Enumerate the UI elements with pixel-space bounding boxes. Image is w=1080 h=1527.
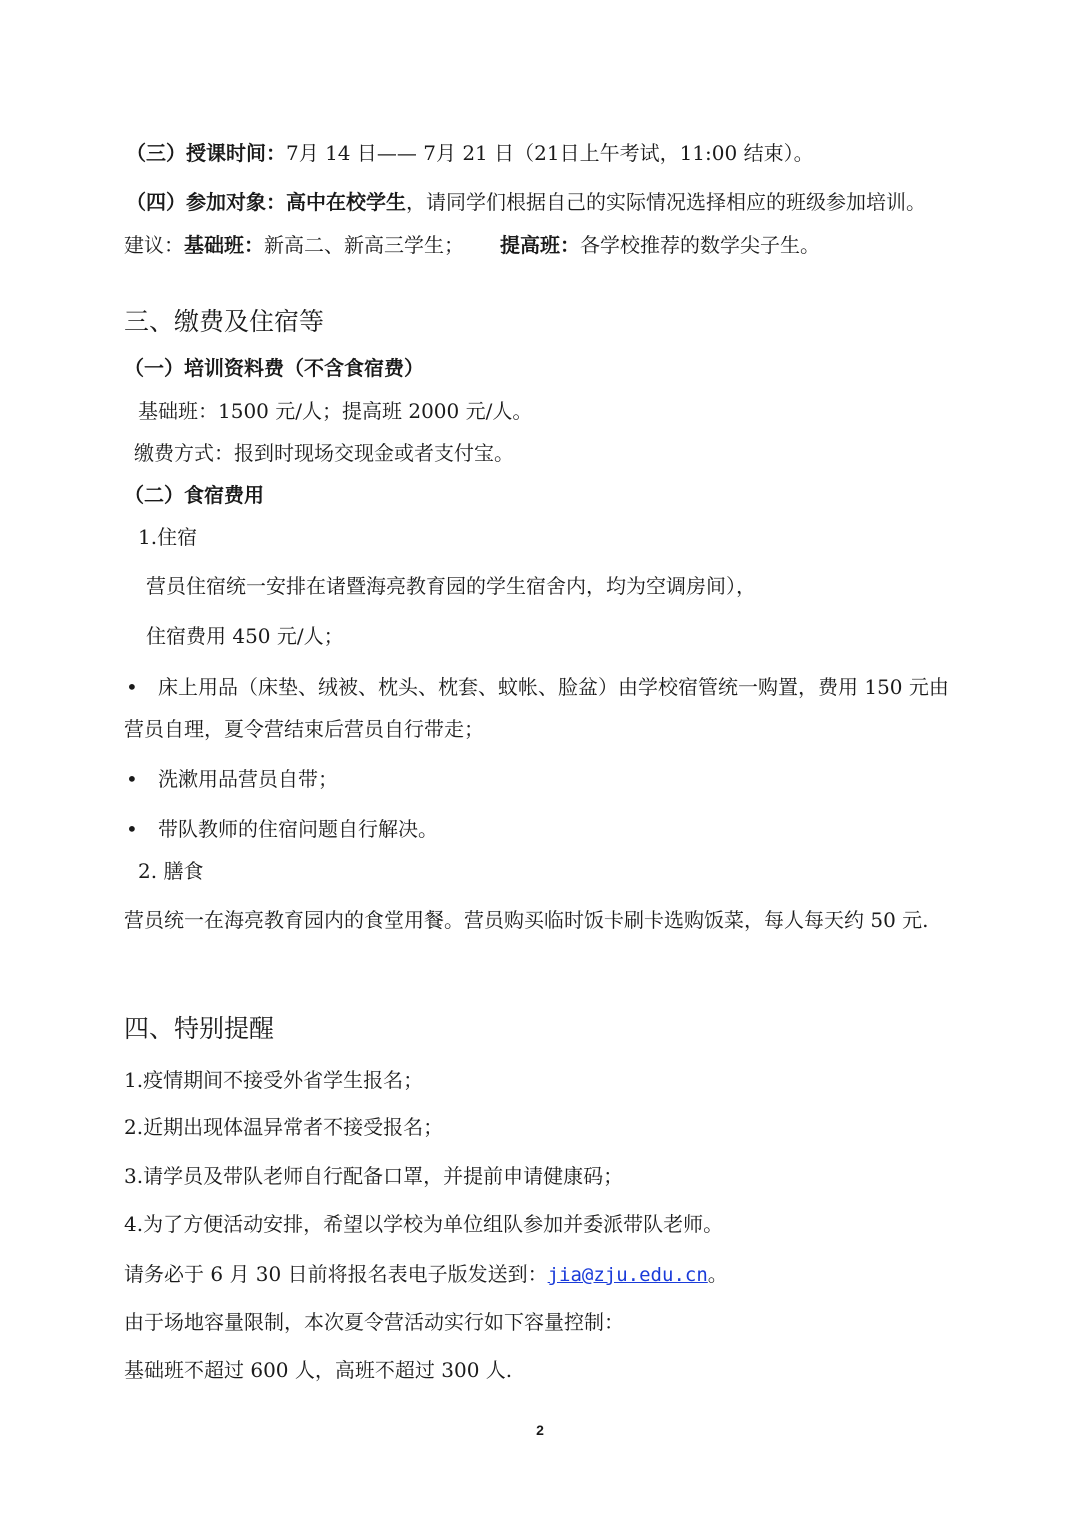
meals-heading: 2. 膳食 [138,857,203,885]
bullet-item: •带队教师的住宿问题自行解决。 [126,815,438,843]
lodging-text: 营员住宿统一安排在诸暨海亮教育园的学生宿舍内，均为空调房间）， [146,572,756,600]
reminder-item: 2.近期出现体温异常者不接受报名； [124,1113,443,1141]
bullet-item: •床上用品（床垫、绒被、枕头、枕套、蚊帐、脸盆）由学校宿管统一购置，费用 150… [126,673,949,701]
bullet-icon: • [126,673,158,701]
bullet-text: 带队教师的住宿问题自行解决。 [158,817,438,841]
class-time-line: （三）授课时间：7月 14 日—— 7月 21 日（21日上午考试，11:00 … [126,139,814,167]
reminder-item: 4.为了方便活动安排，希望以学校为单位组队参加并委派带队老师。 [124,1210,723,1238]
payment-method-text: 缴费方式：报到时现场交现金或者支付宝。 [134,439,514,467]
suggestion-line: 建议：基础班：新高二、新高三学生；提高班：各学校推荐的数学尖子生。 [124,231,820,259]
board-fee-heading: （二）食宿费用 [124,481,264,509]
lodging-heading: 1.住宿 [138,523,197,551]
class-time-text: 7月 14 日—— 7月 21 日（21日上午考试，11:00 结束）。 [286,141,814,165]
page-number: 2 [0,1422,1080,1438]
bullet-item: •洗漱用品营员自带； [126,765,338,793]
training-fee-text: 基础班：1500 元/人；提高班 2000 元/人。 [138,397,532,425]
bullet-icon: • [126,815,158,843]
bullet-text: 床上用品（床垫、绒被、枕头、枕套、蚊帐、脸盆）由学校宿管统一购置，费用 150 … [158,675,949,699]
class-time-label: （三）授课时间： [126,141,286,165]
email-link[interactable]: jia@zju.edu.cn [548,1264,708,1286]
meals-text: 营员统一在海亮教育园内的食堂用餐。营员购买临时饭卡刷卡选购饭菜，每人每天约 50… [124,906,929,934]
bullet-text: 洗漱用品营员自带； [158,767,338,791]
capacity-text: 基础班不超过 600 人，高班不超过 300 人. [124,1356,512,1384]
participants-text: ，请同学们根据自己的实际情况选择相应的班级参加培训。 [406,190,926,214]
suggestion-prefix: 建议： [124,233,184,257]
basic-class-label: 基础班： [184,233,264,257]
section4-heading: 四、特别提醒 [124,1012,274,1046]
participants-label: （四）参加对象：高中在校学生 [126,190,406,214]
bullet-icon: • [126,765,158,793]
deadline-text: 请务必于 6 月 30 日前将报名表电子版发送到： [124,1262,548,1286]
lodging-cost: 住宿费用 450 元/人； [146,622,344,650]
section3-heading: 三、缴费及住宿等 [124,305,324,339]
participants-line: （四）参加对象：高中在校学生，请同学们根据自己的实际情况选择相应的班级参加培训。 [126,188,926,216]
advanced-class-text: 各学校推荐的数学尖子生。 [580,233,820,257]
deadline-line: 请务必于 6 月 30 日前将报名表电子版发送到：jia@zju.edu.cn。 [124,1260,728,1289]
reminder-item: 1.疫情期间不接受外省学生报名； [124,1066,423,1094]
capacity-intro: 由于场地容量限制，本次夏令营活动实行如下容量控制： [124,1308,624,1336]
basic-class-text: 新高二、新高三学生； [264,233,464,257]
training-fee-heading: （一）培训资料费（不含食宿费） [124,354,424,382]
deadline-suffix: 。 [708,1262,728,1286]
reminder-item: 3.请学员及带队老师自行配备口罩，并提前申请健康码； [124,1162,623,1190]
bullet-continuation: 营员自理，夏令营结束后营员自行带走； [124,715,484,743]
advanced-class-label: 提高班： [500,233,580,257]
